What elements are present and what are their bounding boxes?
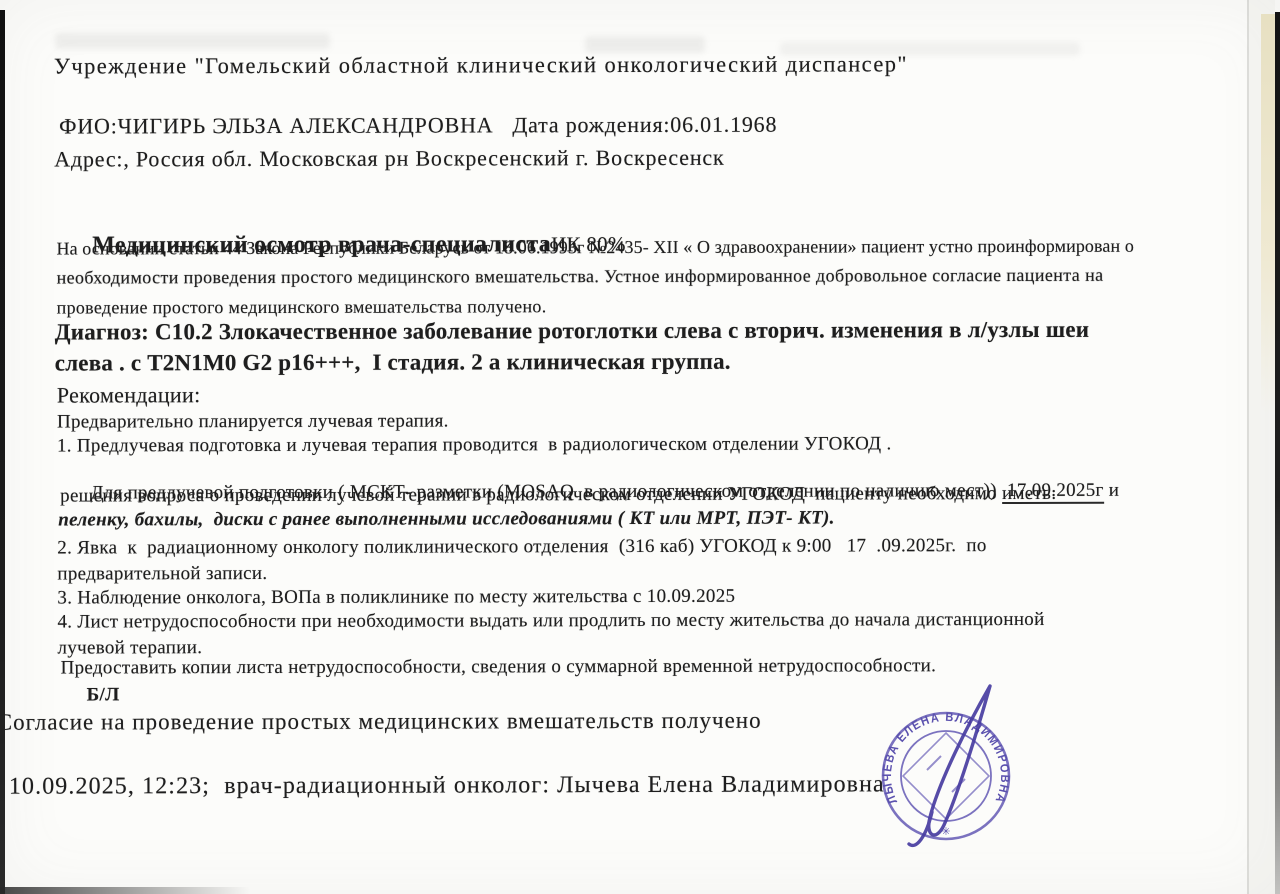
doctor-stamp: ЛЫЧЕВА ЕЛЕНА ВЛАДИМИРОВНА ✳	[869, 674, 1025, 879]
patient-address-line: Адрес:, Россия обл. Московская рн Воскре…	[54, 145, 724, 173]
paper-edge-shadow-line	[1247, 0, 1249, 894]
consent-paragraph-line-3: проведение простого медицинского вмешате…	[57, 296, 547, 318]
recommendation-item-4-line-2: лучевой терапии.	[57, 637, 202, 659]
recommendation-item-3: 3. Наблюдение онколога, ВОПа в поликлини…	[57, 586, 735, 610]
sick-leave-label: Б/Л	[87, 684, 120, 706]
date-doctor-line: 10.09.2025, 12:23; врач-радиационный онк…	[9, 771, 885, 800]
diagnosis-line-2: слева . с T2N1M0 G2 p16+++, I стадия. 2 …	[55, 349, 731, 377]
required-items-line: пеленку, бахилы, диски с ранее выполненн…	[58, 507, 835, 531]
recommendation-item-2-line-2: предварительной записи.	[57, 563, 267, 586]
consent-paragraph-line-2: необходимости проведения простого медици…	[57, 265, 1104, 289]
consent-paragraph-line-1: На основании статьи 44 Закона Республики…	[56, 236, 1133, 260]
scanned-medical-document: Учреждение "Гомельский областной клиниче…	[0, 0, 1280, 894]
prep-line-suffix: и	[1104, 480, 1120, 501]
left-scan-edge	[0, 10, 5, 894]
recommendation-item-4-line-1: 4. Лист нетрудоспособности при необходим…	[57, 609, 1044, 634]
bottom-left-scan-edge	[0, 887, 250, 894]
consent-received-line: Согласие на проведение простых медицинск…	[0, 708, 762, 736]
paper-edge-strip	[1261, 14, 1275, 414]
prep-line-2: решения вопроса о проведении лучевой тер…	[60, 483, 1057, 508]
provide-copies-line: Предоставить копии листа нетрудоспособно…	[61, 655, 937, 679]
plan-line: Предварительно планируется лучевая терап…	[57, 411, 449, 434]
recommendations-heading: Рекомендации:	[57, 382, 201, 408]
stamp-circular-text-node: ЛЫЧЕВА ЕЛЕНА ВЛАДИМИРОВНА	[880, 710, 1012, 806]
diagnosis-line-1: Диагноз: С10.2 Злокачественное заболеван…	[55, 317, 1090, 346]
stamp-circular-text: ЛЫЧЕВА ЕЛЕНА ВЛАДИМИРОВНА	[880, 710, 1012, 806]
recommendation-item-1: 1. Предлучевая подготовка и лучевая тера…	[57, 433, 892, 457]
right-scan-edge	[1275, 12, 1280, 894]
institution-line: Учреждение "Гомельский областной клиниче…	[54, 51, 908, 79]
recommendation-item-2-line-1: 2. Явка к радиационному онкологу поликли…	[57, 535, 986, 559]
patient-fio-line: ФИО:ЧИГИРЬ ЭЛЬЗА АЛЕКСАНДРОВНА Дата рожд…	[59, 112, 777, 140]
